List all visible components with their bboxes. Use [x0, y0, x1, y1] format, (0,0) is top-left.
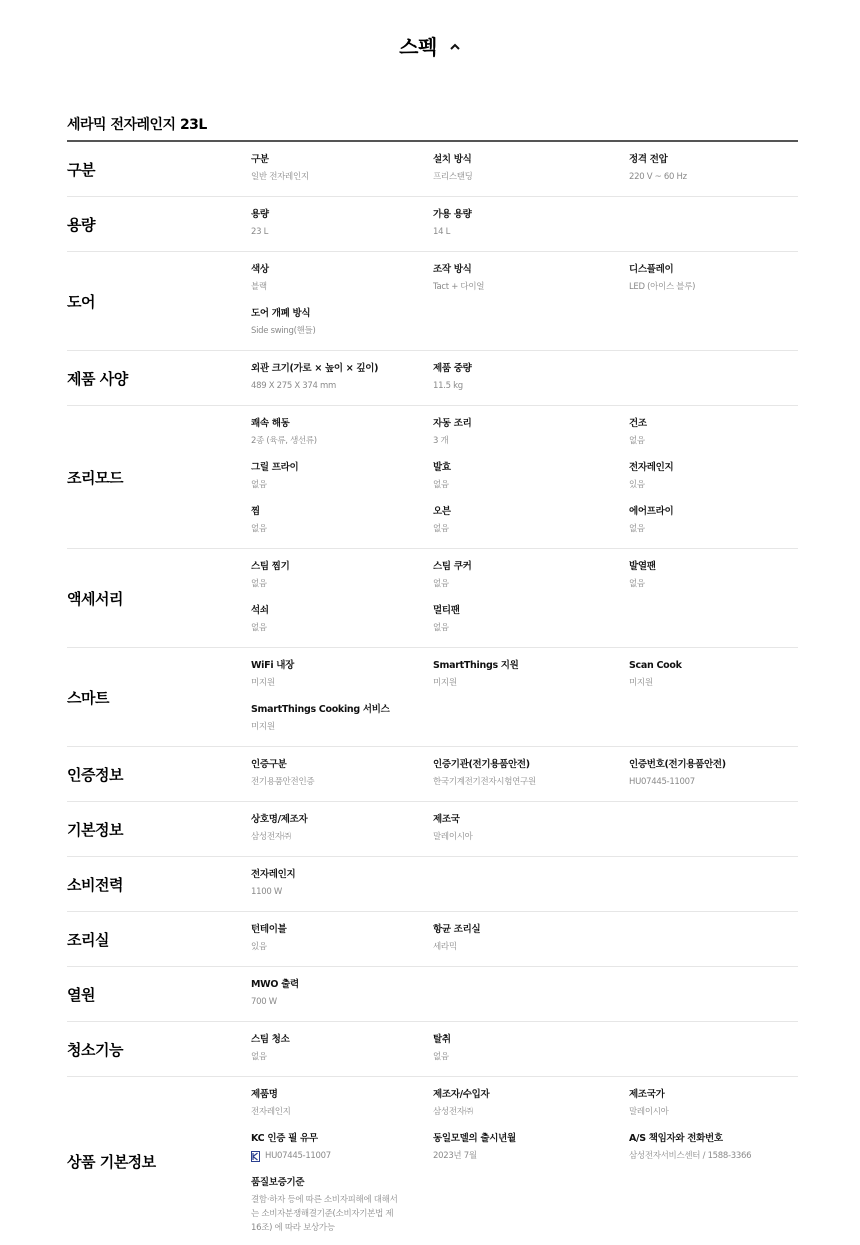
- spec-item: 전자레인지1100 W: [251, 867, 433, 901]
- spec-category: 스마트: [67, 648, 251, 746]
- spec-item: 발효없음: [433, 460, 629, 494]
- spec-value: 말레이시아: [433, 828, 629, 846]
- spec-value: 결함·하자 등에 따른 소비자피해에 대해서는 소비자분쟁해결기준(소비자기본법…: [251, 1193, 401, 1235]
- spec-value: 없음: [251, 619, 433, 637]
- spec-value: 700 W: [251, 993, 433, 1011]
- spec-label: 건조: [629, 416, 798, 432]
- spec-value: Tact + 다이얼: [433, 278, 629, 296]
- spec-row: 스마트 WiFi 내장미지원SmartThings 지원미지원Scan Cook…: [67, 648, 798, 747]
- spec-label: 쾌속 해동: [251, 416, 433, 432]
- spec-label: 발효: [433, 460, 629, 476]
- spec-value: 없음: [629, 520, 798, 538]
- spec-category: 용량: [67, 197, 251, 251]
- spec-value: 3 개: [433, 432, 629, 450]
- spec-item: 동일모델의 출시년월2023년 7월: [433, 1131, 629, 1165]
- spec-item: 상호명/제조자삼성전자㈜: [251, 812, 433, 846]
- spec-category: 액세서리: [67, 549, 251, 647]
- spec-row: 기본정보 상호명/제조자삼성전자㈜제조국말레이시아: [67, 802, 798, 857]
- spec-value: 삼성전자㈜: [251, 828, 433, 846]
- spec-item: 제조국가말레이시아: [629, 1087, 798, 1121]
- spec-label: 턴테이블: [251, 922, 433, 938]
- spec-label: 제조국: [433, 812, 629, 828]
- spec-value: 2종 (육류, 생선류): [251, 432, 433, 450]
- spec-cells: 전자레인지1100 W: [251, 857, 798, 911]
- spec-label: KC 인증 필 유무: [251, 1131, 433, 1147]
- spec-item: 설치 방식프리스탠딩: [433, 152, 629, 186]
- spec-item: 멀티팬없음: [433, 603, 629, 637]
- spec-item: 도어 개폐 방식Side swing(핸들): [251, 306, 433, 340]
- spec-label: 조작 방식: [433, 262, 629, 278]
- model-title: 세라믹 전자레인지 23L: [67, 116, 860, 134]
- spec-value: 489 X 275 X 374 mm: [251, 377, 433, 395]
- spec-item: 인증구분전기용품안전인증: [251, 757, 433, 791]
- spec-label: 자동 조리: [433, 416, 629, 432]
- spec-row: 조리모드 쾌속 해동2종 (육류, 생선류)자동 조리3 개건조없음그릴 프라이…: [67, 406, 798, 549]
- spec-item: 건조없음: [629, 416, 798, 450]
- spec-title: 스펙: [399, 31, 437, 60]
- spec-item: 찜없음: [251, 504, 433, 538]
- spec-value: 있음: [629, 476, 798, 494]
- spec-value: 없음: [433, 520, 629, 538]
- spec-label: 에어프라이: [629, 504, 798, 520]
- spec-value: 11.5 kg: [433, 377, 629, 395]
- spec-category: 조리모드: [67, 406, 251, 548]
- spec-label: 구분: [251, 152, 433, 168]
- spec-label: 상호명/제조자: [251, 812, 433, 828]
- spec-value: 23 L: [251, 223, 433, 241]
- kc-value-wrap: HU07445-11007: [251, 1147, 433, 1165]
- spec-cells: 제품명전자레인지제조자/수입자삼성전자㈜제조국가말레이시아KC 인증 필 유무H…: [251, 1077, 798, 1245]
- spec-item: 품질보증기준결함·하자 등에 따른 소비자피해에 대해서는 소비자분쟁해결기준(…: [251, 1175, 433, 1235]
- spec-value: 한국기계전기전자시험연구원: [433, 773, 629, 791]
- spec-label: 탈취: [433, 1032, 629, 1048]
- spec-label: 인증구분: [251, 757, 433, 773]
- spec-row: 인증정보 인증구분전기용품안전인증인증기관(전기용품안전)한국기계전기전자시험연…: [67, 747, 798, 802]
- spec-row: 구분 구분일반 전자레인지설치 방식프리스탠딩정격 전압220 V ~ 60 H…: [67, 142, 798, 197]
- spec-page: 스펙 세라믹 전자레인지 23L 구분 구분일반 전자레인지설치 방식프리스탠딩…: [0, 0, 860, 1245]
- spec-cells: 구분일반 전자레인지설치 방식프리스탠딩정격 전압220 V ~ 60 Hz: [251, 142, 798, 196]
- spec-category: 조리실: [67, 912, 251, 966]
- spec-item: 외관 크기(가로 × 높이 × 깊이)489 X 275 X 374 mm: [251, 361, 433, 395]
- spec-value: 220 V ~ 60 Hz: [629, 168, 798, 186]
- spec-label: 항균 조리실: [433, 922, 629, 938]
- spec-value: 없음: [251, 1048, 433, 1066]
- spec-label: 멀티팬: [433, 603, 629, 619]
- spec-label: 동일모델의 출시년월: [433, 1131, 629, 1147]
- spec-category: 기본정보: [67, 802, 251, 856]
- spec-item: 스팀 쿠커없음: [433, 559, 629, 593]
- spec-item: Scan Cook미지원: [629, 658, 798, 692]
- spec-value: 없음: [433, 1048, 629, 1066]
- spec-label: 색상: [251, 262, 433, 278]
- spec-label: 디스플레이: [629, 262, 798, 278]
- spec-cells: 스팀 청소없음탈취없음: [251, 1022, 798, 1076]
- spec-item: 제조국말레이시아: [433, 812, 629, 846]
- spec-item: 정격 전압220 V ~ 60 Hz: [629, 152, 798, 186]
- spec-item: SmartThings Cooking 서비스미지원: [251, 702, 433, 736]
- spec-item: 오븐없음: [433, 504, 629, 538]
- spec-value: 없음: [433, 476, 629, 494]
- spec-category: 제품 사양: [67, 351, 251, 405]
- spec-item: SmartThings 지원미지원: [433, 658, 629, 692]
- spec-item: 구분일반 전자레인지: [251, 152, 433, 186]
- spec-item: 인증기관(전기용품안전)한국기계전기전자시험연구원: [433, 757, 629, 791]
- spec-item: 에어프라이없음: [629, 504, 798, 538]
- spec-cells: 쾌속 해동2종 (육류, 생선류)자동 조리3 개건조없음그릴 프라이없음발효없…: [251, 406, 798, 548]
- spec-label: 찜: [251, 504, 433, 520]
- spec-label: 가용 용량: [433, 207, 629, 223]
- spec-category: 구분: [67, 142, 251, 196]
- spec-category: 상품 기본정보: [67, 1077, 251, 1245]
- spec-label: WiFi 내장: [251, 658, 433, 674]
- spec-item: 인증번호(전기용품안전)HU07445-11007: [629, 757, 798, 791]
- spec-value: 없음: [433, 575, 629, 593]
- spec-label: 발열팬: [629, 559, 798, 575]
- spec-cells: 턴테이블있음항균 조리실세라믹: [251, 912, 798, 966]
- spec-value: 없음: [251, 476, 433, 494]
- spec-cells: WiFi 내장미지원SmartThings 지원미지원Scan Cook미지원S…: [251, 648, 798, 746]
- spec-label: 인증기관(전기용품안전): [433, 757, 629, 773]
- spec-label: 용량: [251, 207, 433, 223]
- spec-label: 정격 전압: [629, 152, 798, 168]
- spec-item: KC 인증 필 유무HU07445-11007: [251, 1131, 433, 1165]
- spec-item: 스팀 청소없음: [251, 1032, 433, 1066]
- spec-item: 턴테이블있음: [251, 922, 433, 956]
- spec-item: 항균 조리실세라믹: [433, 922, 629, 956]
- spec-label: A/S 책임자와 전화번호: [629, 1131, 798, 1147]
- spec-item: 제조자/수입자삼성전자㈜: [433, 1087, 629, 1121]
- spec-value: 2023년 7월: [433, 1147, 629, 1165]
- spec-value: 없음: [251, 520, 433, 538]
- spec-value: 세라믹: [433, 938, 629, 956]
- spec-value: 말레이시아: [629, 1103, 798, 1121]
- spec-row: 용량 용량23 L가용 용량14 L: [67, 197, 798, 252]
- spec-value: 없음: [251, 575, 433, 593]
- spec-label: 도어 개폐 방식: [251, 306, 433, 322]
- spec-label: 그릴 프라이: [251, 460, 433, 476]
- spec-item: 색상블랙: [251, 262, 433, 296]
- spec-value: 삼성전자㈜: [433, 1103, 629, 1121]
- spec-item: A/S 책임자와 전화번호삼성전자서비스센터 / 1588-3366: [629, 1131, 798, 1165]
- spec-item: 가용 용량14 L: [433, 207, 629, 241]
- spec-value: HU07445-11007: [629, 773, 798, 791]
- spec-cells: 인증구분전기용품안전인증인증기관(전기용품안전)한국기계전기전자시험연구원인증번…: [251, 747, 798, 801]
- spec-label: SmartThings Cooking 서비스: [251, 702, 433, 718]
- spec-value: 없음: [629, 575, 798, 593]
- spec-value: 삼성전자서비스센터 / 1588-3366: [629, 1147, 798, 1165]
- spec-cells: MWO 출력700 W: [251, 967, 798, 1021]
- spec-cells: 색상블랙조작 방식Tact + 다이얼디스플레이LED (아이스 블루)도어 개…: [251, 252, 798, 350]
- spec-label: 인증번호(전기용품안전): [629, 757, 798, 773]
- spec-row: 도어 색상블랙조작 방식Tact + 다이얼디스플레이LED (아이스 블루)도…: [67, 252, 798, 351]
- spec-item: 그릴 프라이없음: [251, 460, 433, 494]
- spec-table: 구분 구분일반 전자레인지설치 방식프리스탠딩정격 전압220 V ~ 60 H…: [67, 140, 798, 1245]
- spec-label: 전자레인지: [251, 867, 433, 883]
- spec-value: 14 L: [433, 223, 629, 241]
- spec-label: Scan Cook: [629, 658, 798, 674]
- spec-item: 스팀 찜기없음: [251, 559, 433, 593]
- spec-label: 스팀 청소: [251, 1032, 433, 1048]
- spec-item: 제품 중량11.5 kg: [433, 361, 629, 395]
- spec-item: 석쇠없음: [251, 603, 433, 637]
- spec-row: 상품 기본정보 제품명전자레인지제조자/수입자삼성전자㈜제조국가말레이시아KC …: [67, 1077, 798, 1245]
- spec-value: 있음: [251, 938, 433, 956]
- spec-value: 미지원: [251, 718, 433, 736]
- spec-cells: 외관 크기(가로 × 높이 × 깊이)489 X 275 X 374 mm제품 …: [251, 351, 798, 405]
- spec-item: 용량23 L: [251, 207, 433, 241]
- spec-row: 액세서리 스팀 찜기없음스팀 쿠커없음발열팬없음석쇠없음멀티팬없음: [67, 549, 798, 648]
- spec-row: 조리실 턴테이블있음항균 조리실세라믹: [67, 912, 798, 967]
- spec-value: 전자레인지: [251, 1103, 433, 1121]
- spec-category: 청소기능: [67, 1022, 251, 1076]
- spec-value: 프리스탠딩: [433, 168, 629, 186]
- spec-toggle-button[interactable]: 스펙: [0, 30, 860, 60]
- spec-value: 미지원: [629, 674, 798, 692]
- spec-label: SmartThings 지원: [433, 658, 629, 674]
- spec-value: 블랙: [251, 278, 433, 296]
- spec-cells: 상호명/제조자삼성전자㈜제조국말레이시아: [251, 802, 798, 856]
- spec-row: 열원 MWO 출력700 W: [67, 967, 798, 1022]
- chevron-up-icon: [449, 41, 461, 53]
- spec-label: 제조자/수입자: [433, 1087, 629, 1103]
- spec-value: Side swing(핸들): [251, 322, 433, 340]
- spec-cells: 스팀 찜기없음스팀 쿠커없음발열팬없음석쇠없음멀티팬없음: [251, 549, 798, 647]
- kc-mark-icon: [251, 1151, 260, 1162]
- spec-value: 1100 W: [251, 883, 433, 901]
- spec-value: 미지원: [433, 674, 629, 692]
- spec-label: 스팀 찜기: [251, 559, 433, 575]
- spec-label: 석쇠: [251, 603, 433, 619]
- spec-value: 전기용품안전인증: [251, 773, 433, 791]
- spec-label: 제품명: [251, 1087, 433, 1103]
- spec-row: 청소기능 스팀 청소없음탈취없음: [67, 1022, 798, 1077]
- spec-label: 설치 방식: [433, 152, 629, 168]
- spec-item: 탈취없음: [433, 1032, 629, 1066]
- spec-item: 발열팬없음: [629, 559, 798, 593]
- spec-value: 없음: [629, 432, 798, 450]
- spec-value: LED (아이스 블루): [629, 278, 798, 296]
- spec-item: WiFi 내장미지원: [251, 658, 433, 692]
- spec-label: 제조국가: [629, 1087, 798, 1103]
- spec-label: 제품 중량: [433, 361, 629, 377]
- spec-value: 없음: [433, 619, 629, 637]
- spec-row: 제품 사양 외관 크기(가로 × 높이 × 깊이)489 X 275 X 374…: [67, 351, 798, 406]
- spec-item: 쾌속 해동2종 (육류, 생선류): [251, 416, 433, 450]
- spec-category: 열원: [67, 967, 251, 1021]
- spec-item: MWO 출력700 W: [251, 977, 433, 1011]
- spec-item: 조작 방식Tact + 다이얼: [433, 262, 629, 296]
- spec-label: 스팀 쿠커: [433, 559, 629, 575]
- spec-cells: 용량23 L가용 용량14 L: [251, 197, 798, 251]
- spec-label: 외관 크기(가로 × 높이 × 깊이): [251, 361, 433, 377]
- spec-value: 미지원: [251, 674, 433, 692]
- spec-value: HU07445-11007: [265, 1147, 331, 1165]
- spec-item: 전자레인지있음: [629, 460, 798, 494]
- spec-row: 소비전력 전자레인지1100 W: [67, 857, 798, 912]
- spec-label: 품질보증기준: [251, 1175, 433, 1191]
- spec-label: 전자레인지: [629, 460, 798, 476]
- spec-category: 도어: [67, 252, 251, 350]
- spec-label: 오븐: [433, 504, 629, 520]
- spec-item: 제품명전자레인지: [251, 1087, 433, 1121]
- spec-value: 일반 전자레인지: [251, 168, 433, 186]
- spec-item: 디스플레이LED (아이스 블루): [629, 262, 798, 296]
- spec-item: 자동 조리3 개: [433, 416, 629, 450]
- spec-category: 소비전력: [67, 857, 251, 911]
- spec-category: 인증정보: [67, 747, 251, 801]
- spec-label: MWO 출력: [251, 977, 433, 993]
